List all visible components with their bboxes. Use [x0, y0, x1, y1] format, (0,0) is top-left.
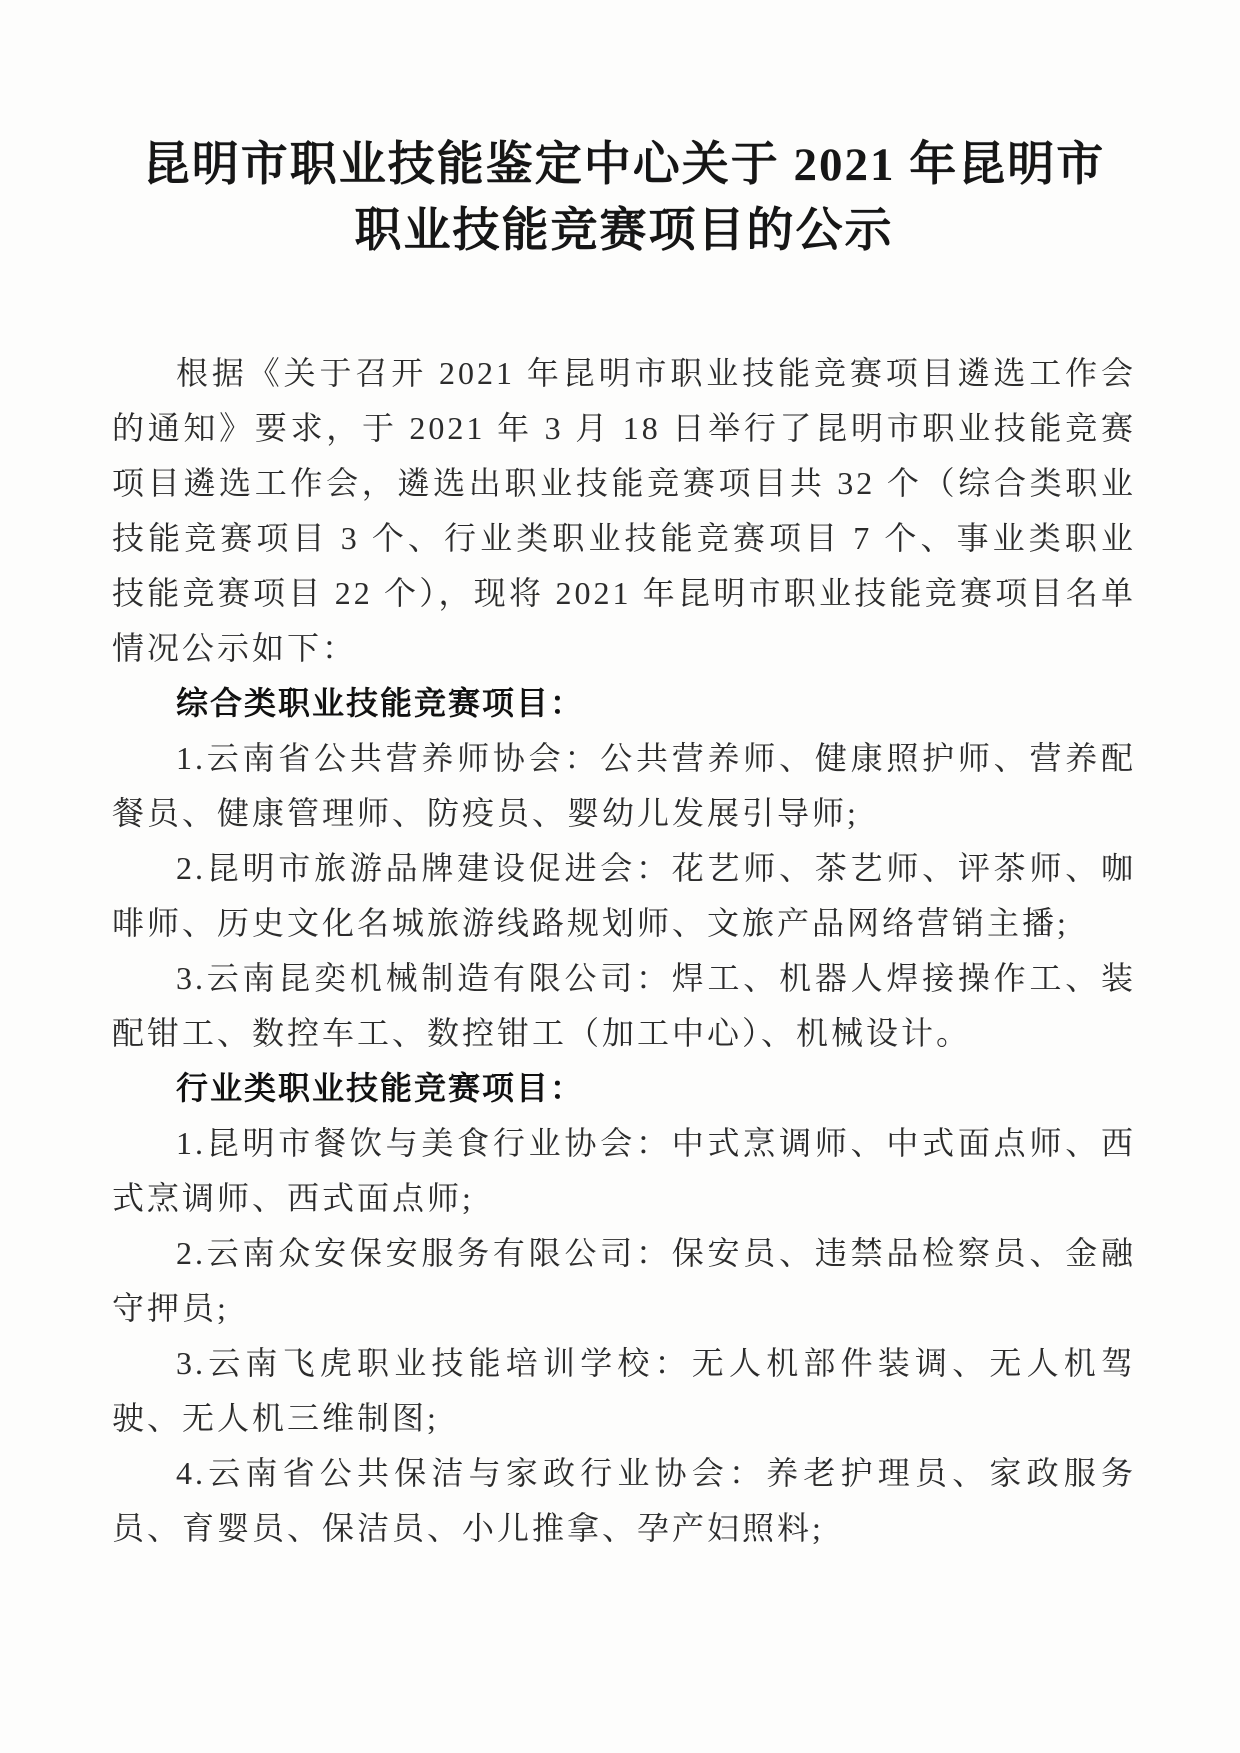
list-item: 3.云南昆奕机械制造有限公司：焊工、机器人焊接操作工、装配钳工、数控车工、数控钳… [112, 951, 1136, 1061]
list-item: 1.云南省公共营养师协会：公共营养师、健康照护师、营养配餐员、健康管理师、防疫员… [112, 731, 1136, 841]
list-item: 2.昆明市旅游品牌建设促进会：花艺师、茶艺师、评茶师、咖啡师、历史文化名城旅游线… [112, 841, 1136, 951]
list-item: 1.昆明市餐饮与美食行业协会：中式烹调师、中式面点师、西式烹调师、西式面点师; [112, 1116, 1136, 1226]
document-page: 昆明市职业技能鉴定中心关于 2021 年昆明市 职业技能竞赛项目的公示 根据《关… [0, 0, 1240, 1753]
section-heading-industry: 行业类职业技能竞赛项目： [112, 1061, 1136, 1116]
document-title-line2: 职业技能竞赛项目的公示 [355, 205, 894, 257]
document-title-line1: 昆明市职业技能鉴定中心关于 2021 年昆明市 [143, 139, 1106, 191]
document-title: 昆明市职业技能鉴定中心关于 2021 年昆明市 职业技能竞赛项目的公示 [112, 132, 1136, 264]
list-item: 2.云南众安保安服务有限公司：保安员、违禁品检察员、金融守押员; [112, 1226, 1136, 1336]
intro-paragraph: 根据《关于召开 2021 年昆明市职业技能竞赛项目遴选工作会的通知》要求，于 2… [112, 346, 1136, 676]
list-item: 4.云南省公共保洁与家政行业协会：养老护理员、家政服务员、育婴员、保洁员、小儿推… [112, 1446, 1136, 1556]
list-item: 3.云南飞虎职业技能培训学校：无人机部件装调、无人机驾驶、无人机三维制图; [112, 1336, 1136, 1446]
section-heading-comprehensive: 综合类职业技能竞赛项目： [112, 676, 1136, 731]
document-body: 根据《关于召开 2021 年昆明市职业技能竞赛项目遴选工作会的通知》要求，于 2… [112, 346, 1136, 1556]
